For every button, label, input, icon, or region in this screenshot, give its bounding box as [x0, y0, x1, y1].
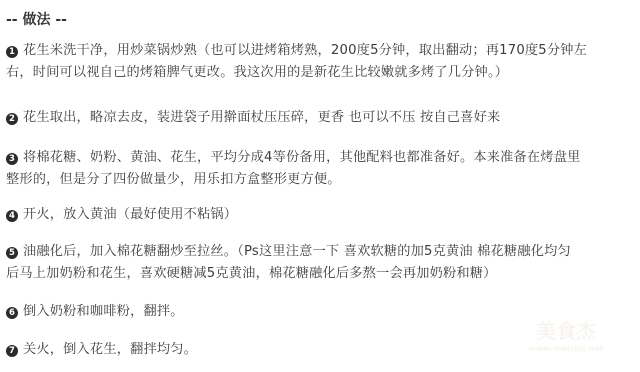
number-bullet-icon: 2 — [6, 113, 18, 125]
watermark-text: 美食杰 — [536, 319, 596, 343]
step-2: 2花生取出，略凉去皮，装进袋子用擀面杖压压碎，更香 也可以不压 按自己喜好来 — [6, 107, 632, 129]
number-bullet-icon: 7 — [6, 345, 18, 357]
step-text: 油融化后，加入棉花糖翻炒至拉丝。（Ps这里注意一下 喜欢软糖的加5克黄油 棉花糖… — [23, 244, 571, 259]
step-text: 花生米洗干净，用炒菜锅炒熟（也可以进烤箱烤熟，200度5分钟，取出翻动；再170… — [23, 43, 587, 58]
step-text: 整形的，但是分了四份做量少，用乐扣方盒整形更方便。 — [6, 172, 341, 187]
step-text: 花生取出，略凉去皮，装进袋子用擀面杖压压碎，更香 也可以不压 按自己喜好来 — [23, 110, 500, 125]
site-watermark: 美食杰 www.meishij.net — [506, 318, 626, 358]
number-bullet-icon: 5 — [6, 247, 18, 259]
step-4: 4开火，放入黄油（最好使用不粘锅） — [6, 204, 632, 226]
step-5: 5油融化后，加入棉花糖翻炒至拉丝。（Ps这里注意一下 喜欢软糖的加5克黄油 棉花… — [6, 241, 632, 285]
step-text: 倒入奶粉和咖啡粉，翻拌。 — [23, 304, 184, 319]
watermark-subtext: www.meishij.net — [506, 344, 626, 354]
number-bullet-icon: 3 — [6, 153, 18, 165]
number-bullet-icon: 6 — [6, 307, 18, 319]
step-text: 右，时间可以视自己的烤箱脾气更改。我这次用的是新花生比较嫩就多烤了几分钟。） — [6, 65, 508, 80]
step-text: 关火，倒入花生，翻拌均匀。 — [23, 342, 197, 357]
step-text: 开火，放入黄油（最好使用不粘锅） — [23, 207, 237, 222]
number-bullet-icon: 1 — [6, 46, 18, 58]
step-1: 1花生米洗干净，用炒菜锅炒熟（也可以进烤箱烤熟，200度5分钟，取出翻动；再17… — [6, 40, 632, 84]
number-bullet-icon: 4 — [6, 210, 18, 222]
section-heading: -- 做法 -- — [6, 11, 67, 29]
step-text: 将棉花糖、奶粉、黄油、花生，平均分成4等份备用，其他配料也都准备好。本来准备在烤… — [23, 150, 580, 165]
step-text: 后马上加奶粉和花生，喜欢硬糖减5克黄油，棉花糖融化后多熬一会再加奶粉和糖） — [6, 266, 497, 281]
step-3: 3将棉花糖、奶粉、黄油、花生，平均分成4等份备用，其他配料也都准备好。本来准备在… — [6, 147, 632, 191]
